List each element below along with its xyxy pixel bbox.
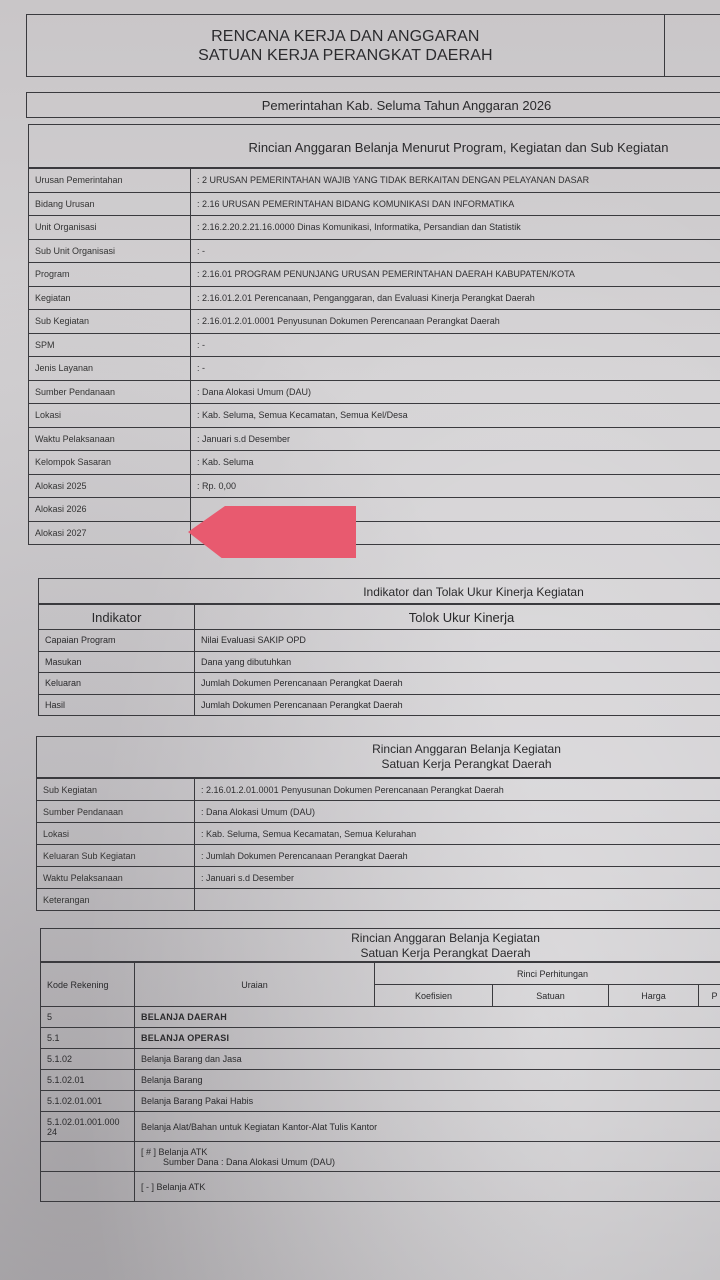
table-row: KeluaranJumlah Dokumen Perencanaan Peran… [39,673,720,695]
table-row: 5.1.02Belanja Barang dan Jasa [41,1049,720,1070]
table-row: Capaian ProgramNilai Evaluasi SAKIP OPD [39,630,720,652]
row-label: Program [29,263,191,287]
table-row: Sumber Pendanaan: Dana Alokasi Umum (DAU… [29,380,720,404]
row-value: : 2.16.01 PROGRAM PENUNJANG URUSAN PEMER… [191,263,720,287]
kode-rekening-cell: 5.1.02.01 [41,1070,135,1091]
kegiatan-section: Rincian Anggaran Belanja Kegiatan Satuan… [36,736,720,911]
table-row: Jenis Layanan: - [29,357,720,381]
row-label: Unit Organisasi [29,216,191,240]
kode-rekening-cell: 5.1 [41,1028,135,1049]
uraian-text: BELANJA DAERAH [141,1012,720,1022]
kode-rekening-cell: 5.1.02.01.001.000 24 [41,1112,135,1142]
row-label: Alokasi 2026 [29,498,191,522]
row-label: Alokasi 2027 [29,521,191,545]
document-subtitle: Pemerintahan Kab. Seluma Tahun Anggaran … [26,92,720,118]
row-label: Sub Kegiatan [37,779,195,801]
row-label: Masukan [39,651,195,673]
uraian-cell: BELANJA DAERAH [135,1007,720,1028]
table-row: Alokasi 2027 [29,521,720,545]
row-value: : Januari s.d Desember [191,427,720,451]
row-value: : 2 URUSAN PEMERINTAHAN WAJIB YANG TIDAK… [191,169,720,193]
row-label: Sumber Pendanaan [29,380,191,404]
program-section: Rincian Anggaran Belanja Menurut Program… [28,124,720,545]
row-value: : Jumlah Dokumen Perencanaan Perangkat D… [195,845,720,867]
uraian-text: Belanja Barang Pakai Habis [141,1096,720,1106]
table-row: Kelompok Sasaran: Kab. Seluma [29,451,720,475]
kode-rekening-cell [41,1172,135,1202]
table-row: Waktu Pelaksanaan: Januari s.d Desember [29,427,720,451]
row-value: : Kab. Seluma, Semua Kecamatan, Semua Ke… [191,404,720,428]
table-row: 5BELANJA DAERAH [41,1007,720,1028]
row-value: : Dana Alokasi Umum (DAU) [191,380,720,404]
row-value: : - [191,333,720,357]
row-label: Urusan Pemerintahan [29,169,191,193]
indicator-section: Indikator dan Tolak Ukur Kinerja Kegiata… [38,578,720,716]
row-label: Waktu Pelaksanaan [29,427,191,451]
col-koefisien: Koefisien [375,985,493,1007]
row-label: Capaian Program [39,630,195,652]
row-value: : Januari s.d Desember [195,867,720,889]
table-row: Sumber Pendanaan: Dana Alokasi Umum (DAU… [37,801,720,823]
row-value: : - [191,357,720,381]
table-row: Lokasi: Kab. Seluma, Semua Kecamatan, Se… [29,404,720,428]
row-label: Jenis Layanan [29,357,191,381]
table-row: Urusan Pemerintahan: 2 URUSAN PEMERINTAH… [29,169,720,193]
uraian-subtext: Sumber Dana : Dana Alokasi Umum (DAU) [141,1157,720,1167]
program-table: Urusan Pemerintahan: 2 URUSAN PEMERINTAH… [28,168,720,545]
row-label: Keluaran Sub Kegiatan [37,845,195,867]
table-row: [ - ] Belanja ATK [41,1172,720,1202]
uraian-text: Belanja Barang dan Jasa [141,1054,720,1064]
rincian-section-caption: Rincian Anggaran Belanja Kegiatan Satuan… [40,928,720,962]
row-label: Lokasi [37,823,195,845]
program-section-caption: Rincian Anggaran Belanja Menurut Program… [28,124,720,168]
uraian-text: Belanja Barang [141,1075,720,1085]
col-harga: Harga [609,985,699,1007]
uraian-text: Belanja Alat/Bahan untuk Kegiatan Kantor… [141,1122,720,1132]
row-value [195,889,720,911]
kode-rekening-cell: 5.1.02 [41,1049,135,1070]
table-row: Program: 2.16.01 PROGRAM PENUNJANG URUSA… [29,263,720,287]
uraian-text: [ - ] Belanja ATK [141,1182,720,1192]
kode-rekening-cell [41,1142,135,1172]
table-row: 5.1.02.01.001.000 24Belanja Alat/Bahan u… [41,1112,720,1142]
col-satuan: Satuan [493,985,609,1007]
table-row: Bidang Urusan: 2.16 URUSAN PEMERINTAHAN … [29,192,720,216]
kegiatan-section-caption: Rincian Anggaran Belanja Kegiatan Satuan… [36,736,720,778]
row-value: : 2.16.01.2.01.0001 Penyusunan Dokumen P… [195,779,720,801]
col-rinci-perhitungan: Rinci Perhitungan [375,963,720,985]
col-kode-rekening: Kode Rekening [41,963,135,1007]
row-label: Hasil [39,694,195,716]
table-row: [ # ] Belanja ATKSumber Dana : Dana Alok… [41,1142,720,1172]
row-value: : Kab. Seluma [191,451,720,475]
table-row: Unit Organisasi: 2.16.2.20.2.21.16.0000 … [29,216,720,240]
rincian-table: Kode Rekening Uraian Rinci Perhitungan K… [40,962,720,1202]
table-row: Keluaran Sub Kegiatan: Jumlah Dokumen Pe… [37,845,720,867]
document-header: RENCANA KERJA DAN ANGGARAN SATUAN KERJA … [26,14,720,77]
table-row: Keterangan [37,889,720,911]
uraian-cell: [ # ] Belanja ATKSumber Dana : Dana Alok… [135,1142,720,1172]
uraian-cell: [ - ] Belanja ATK [135,1172,720,1202]
kegiatan-caption-line-1: Rincian Anggaran Belanja Kegiatan [207,742,720,757]
uraian-cell: BELANJA OPERASI [135,1028,720,1049]
table-row: SPM: - [29,333,720,357]
uraian-cell: Belanja Alat/Bahan untuk Kegiatan Kantor… [135,1112,720,1142]
table-row: Sub Unit Organisasi: - [29,239,720,263]
row-label: Kelompok Sasaran [29,451,191,475]
table-row: Alokasi 2025: Rp. 0,00 [29,474,720,498]
row-value: : Kab. Seluma, Semua Kecamatan, Semua Ke… [195,823,720,845]
rincian-caption-line-1: Rincian Anggaran Belanja Kegiatan [161,931,720,946]
title-line-2: SATUAN KERJA PERANGKAT DAERAH [27,46,664,65]
row-value: : 2.16 URUSAN PEMERINTAHAN BIDANG KOMUNI… [191,192,720,216]
document-title: RENCANA KERJA DAN ANGGARAN SATUAN KERJA … [27,15,665,77]
row-label: Lokasi [29,404,191,428]
row-value: : - [191,239,720,263]
kegiatan-caption-line-2: Satuan Kerja Perangkat Daerah [207,757,720,772]
kode-rekening-cell: 5.1.02.01.001 [41,1091,135,1112]
table-row: Sub Kegiatan: 2.16.01.2.01.0001 Penyusun… [37,779,720,801]
table-row: 5.1.02.01.001Belanja Barang Pakai Habis [41,1091,720,1112]
uraian-cell: Belanja Barang Pakai Habis [135,1091,720,1112]
row-value: : 2.16.2.20.2.21.16.0000 Dinas Komunikas… [191,216,720,240]
title-line-1: RENCANA KERJA DAN ANGGARAN [27,27,664,46]
col-next: P [699,985,720,1007]
indicator-table: Indikator Tolok Ukur Kinerja Capaian Pro… [38,604,720,716]
rincian-header-row-1: Kode Rekening Uraian Rinci Perhitungan [41,963,720,985]
table-row: 5.1.02.01Belanja Barang [41,1070,720,1091]
rincian-caption-line-2: Satuan Kerja Perangkat Daerah [161,946,720,961]
row-label: Bidang Urusan [29,192,191,216]
table-row: HasilJumlah Dokumen Perencanaan Perangka… [39,694,720,716]
row-label: SPM [29,333,191,357]
rincian-section: Rincian Anggaran Belanja Kegiatan Satuan… [40,928,720,1202]
table-row: Alokasi 2026 [29,498,720,522]
row-value: Dana yang dibutuhkan [195,651,720,673]
row-label: Sub Kegiatan [29,310,191,334]
kegiatan-table: Sub Kegiatan: 2.16.01.2.01.0001 Penyusun… [36,778,720,911]
kode-rekening-cell: 5 [41,1007,135,1028]
row-label: Sumber Pendanaan [37,801,195,823]
row-label: Alokasi 2025 [29,474,191,498]
row-label: Keluaran [39,673,195,695]
table-row: Lokasi: Kab. Seluma, Semua Kecamatan, Se… [37,823,720,845]
indicator-section-caption: Indikator dan Tolak Ukur Kinerja Kegiata… [38,578,720,604]
row-value: : 2.16.01.2.01 Perencanaan, Penganggaran… [191,286,720,310]
row-value: : Rp. 0,00 [191,474,720,498]
row-label: Sub Unit Organisasi [29,239,191,263]
col-indikator: Indikator [39,605,195,630]
row-value: Jumlah Dokumen Perencanaan Perangkat Dae… [195,694,720,716]
table-row: 5.1BELANJA OPERASI [41,1028,720,1049]
table-row: Waktu Pelaksanaan: Januari s.d Desember [37,867,720,889]
uraian-text: [ # ] Belanja ATK [141,1147,720,1157]
row-label: Waktu Pelaksanaan [37,867,195,889]
row-value: Nilai Evaluasi SAKIP OPD [195,630,720,652]
uraian-text: BELANJA OPERASI [141,1033,720,1043]
uraian-cell: Belanja Barang dan Jasa [135,1049,720,1070]
indicator-header-row: Indikator Tolok Ukur Kinerja [39,605,720,630]
col-tolok-ukur: Tolok Ukur Kinerja [195,605,720,630]
uraian-cell: Belanja Barang [135,1070,720,1091]
table-row: Kegiatan: 2.16.01.2.01 Perencanaan, Peng… [29,286,720,310]
table-row: Sub Kegiatan: 2.16.01.2.01.0001 Penyusun… [29,310,720,334]
side-label: R [664,15,720,77]
row-value: Jumlah Dokumen Perencanaan Perangkat Dae… [195,673,720,695]
row-label: Keterangan [37,889,195,911]
row-value: : 2.16.01.2.01.0001 Penyusunan Dokumen P… [191,310,720,334]
row-value: : Dana Alokasi Umum (DAU) [195,801,720,823]
table-row: MasukanDana yang dibutuhkan [39,651,720,673]
row-label: Kegiatan [29,286,191,310]
col-uraian: Uraian [135,963,375,1007]
